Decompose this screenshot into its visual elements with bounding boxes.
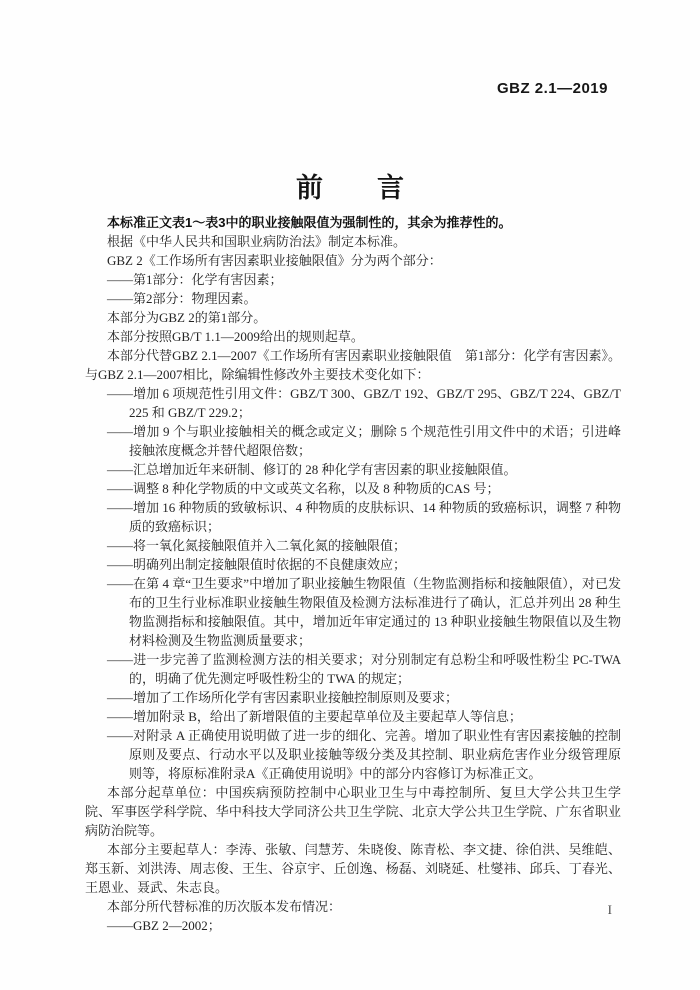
paragraph-history-item: ——GBZ 2—2002；	[85, 916, 621, 935]
paragraph: 本部分按照GB/T 1.1—2009给出的规则起草。	[85, 327, 621, 346]
change-item: ——汇总增加近年来研制、修订的 28 种化学有害因素的职业接触限值。	[85, 460, 621, 479]
change-item: ——增加附录 B，给出了新增限值的主要起草单位及主要起草人等信息；	[85, 707, 621, 726]
paragraph-replaces: 本部分代替GBZ 2.1—2007《工作场所有害因素职业接触限值 第1部分：化学…	[85, 346, 621, 384]
change-item: ——增加 6 项规范性引用文件：GBZ/T 300、GBZ/T 192、GBZ/…	[85, 384, 621, 422]
foreword-body: 本标准正文表1～表3中的职业接触限值为强制性的，其余为推荐性的。 根据《中华人民…	[85, 213, 621, 935]
change-item: ——对附录 A 正确使用说明做了进一步的细化、完善。增加了职业性有害因素接触的控…	[85, 726, 621, 783]
standard-number: GBZ 2.1—2019	[497, 80, 608, 97]
change-item: ——进一步完善了监测检测方法的相关要求；对分别制定有总粉尘和呼吸性粉尘 PC-T…	[85, 650, 621, 688]
change-item: ——明确列出制定接触限值时依据的不良健康效应；	[85, 555, 621, 574]
paragraph-mandatory-note: 本标准正文表1～表3中的职业接触限值为强制性的，其余为推荐性的。	[85, 213, 621, 232]
paragraph-part1: ——第1部分：化学有害因素；	[85, 270, 621, 289]
paragraph: 根据《中华人民共和国职业病防治法》制定本标准。	[85, 232, 621, 251]
change-item: ——增加了工作场所化学有害因素职业接触控制原则及要求；	[85, 688, 621, 707]
page-title: 前 言	[0, 166, 700, 205]
paragraph-history-intro: 本部分所代替标准的历次版本发布情况：	[85, 897, 621, 916]
change-item: ——增加 9 个与职业接触相关的概念或定义；删除 5 个规范性引用文件中的术语；…	[85, 422, 621, 460]
paragraph: 本部分为GBZ 2的第1部分。	[85, 308, 621, 327]
paragraph: GBZ 2《工作场所有害因素职业接触限值》分为两个部分：	[85, 251, 621, 270]
paragraph-drafters: 本部分主要起草人：李涛、张敏、闫慧芳、朱晓俊、陈青松、李文捷、徐伯洪、吴维皑、郑…	[85, 840, 621, 897]
change-item: ——增加 16 种物质的致敏标识、4 种物质的皮肤标识、14 种物质的致癌标识，…	[85, 498, 621, 536]
change-item: ——在第 4 章“卫生要求”中增加了职业接触生物限值（生物监测指标和接触限值），…	[85, 574, 621, 650]
document-page: { "page": { "header_code": "GBZ 2.1—2019…	[0, 0, 700, 990]
paragraph-drafting-units: 本部分起草单位：中国疾病预防控制中心职业卫生与中毒控制所、复旦大学公共卫生学院、…	[85, 783, 621, 840]
page-number: I	[608, 902, 612, 918]
paragraph-part2: ——第2部分：物理因素。	[85, 289, 621, 308]
change-item: ——将一氧化氮接触限值并入二氧化氮的接触限值；	[85, 536, 621, 555]
change-item: ——调整 8 种化学物质的中文或英文名称，以及 8 种物质的CAS 号；	[85, 479, 621, 498]
